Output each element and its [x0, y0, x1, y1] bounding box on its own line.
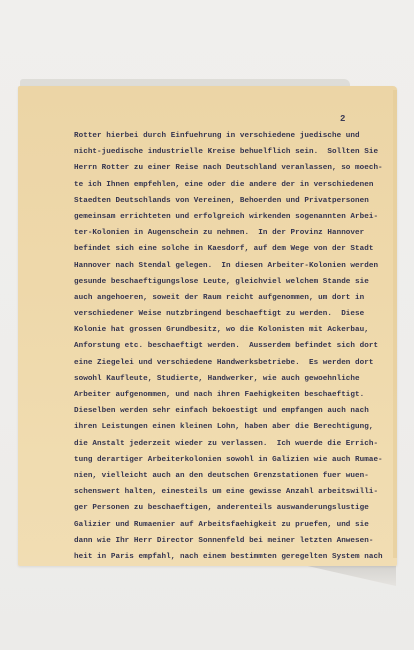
- text-line: ter-Kolonien in Augenschein zu nehmen. I…: [74, 225, 394, 241]
- text-line: Dieselben werden sehr einfach bekoestigt…: [74, 403, 394, 419]
- text-line: nien, vielleicht auch an den deutschen G…: [74, 468, 394, 484]
- text-line: heit in Paris empfahl, nach einem bestim…: [74, 549, 394, 565]
- text-line: ihren Leistungen einen kleinen Lohn, hab…: [74, 419, 394, 435]
- text-line: schenswert halten, einesteils um eine ge…: [74, 484, 394, 500]
- text-line: verschiedener Weise nutzbringend beschae…: [74, 306, 394, 322]
- text-line: Kolonie hat grossen Grundbesitz, wo die …: [74, 322, 394, 338]
- text-line: Rotter hierbei durch Einfuehrung in vers…: [74, 128, 394, 144]
- text-line: sowohl Kaufleute, Studierte, Handwerker,…: [74, 371, 394, 387]
- text-line: Herrn Rotter zu einer Reise nach Deutsch…: [74, 160, 394, 176]
- text-line: ger Personen zu beschaeftigen, anderente…: [74, 500, 394, 516]
- text-line: die Anstalt jederzeit wieder zu verlasse…: [74, 436, 394, 452]
- text-line: Arbeiter aufgenommen, und nach ihren Fae…: [74, 387, 394, 403]
- text-line: Staedten Deutschlands von Vereinen, Beho…: [74, 193, 394, 209]
- text-line: Anforstung etc. beschaeftigt werden. Aus…: [74, 338, 394, 354]
- text-line: befindet sich eine solche in Kaesdorf, a…: [74, 241, 394, 257]
- text-line: dann wie Ihr Herr Director Sonnenfeld be…: [74, 533, 394, 549]
- text-line: gesunde beschaeftigungslose Leute, gleic…: [74, 274, 394, 290]
- text-line: tung derartiger Arbeiterkolonien sowohl …: [74, 452, 394, 468]
- text-line: nicht-juedische industrielle Kreise behu…: [74, 144, 394, 160]
- text-line: te ich Ihnen empfehlen, eine oder die an…: [74, 177, 394, 193]
- text-line: gemeinsam errichteten und erfolgreich wi…: [74, 209, 394, 225]
- text-line: Galizier und Rumaenier auf Arbeitsfaehig…: [74, 517, 394, 533]
- text-line: Hannover nach Stendal gelegen. In diesen…: [74, 258, 394, 274]
- text-line: eine Ziegelei und verschiedene Handwerks…: [74, 355, 394, 371]
- letter-body: Rotter hierbei durch Einfuehrung in vers…: [74, 128, 394, 565]
- page-number: 2: [340, 114, 345, 124]
- text-line: auch angehoeren, soweit der Raum reicht …: [74, 290, 394, 306]
